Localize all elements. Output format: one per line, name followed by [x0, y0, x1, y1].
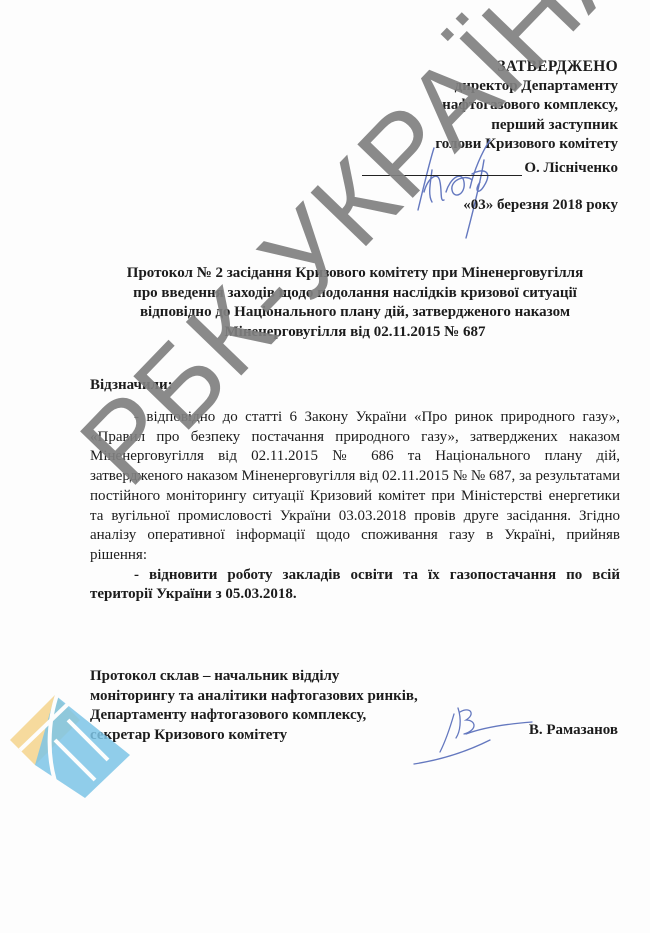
approval-line: директор Департаменту: [318, 77, 618, 97]
signature-line: [362, 157, 522, 176]
decision-paragraph: - відновити роботу закладів освіти та їх…: [90, 566, 620, 605]
noted-label: Відзначили:: [90, 377, 173, 394]
title-line: відповідно до Національного плану дій, з…: [90, 303, 620, 323]
title-line: Міненерговугілля від 02.11.2015 № 687: [90, 323, 620, 343]
signature-icon: [410, 700, 540, 770]
approver-name: О. Лісніченко: [524, 160, 618, 177]
approval-date: «03» березня 2018 року: [463, 197, 618, 214]
composer-name: В. Рамазанов: [529, 722, 618, 739]
composer-line: Протокол склав – начальник відділу: [90, 667, 490, 687]
title-line: Протокол № 2 засідання Кризового комітет…: [90, 264, 620, 284]
approval-line: нафтогазового комплексу,: [318, 96, 618, 116]
title-line: про введення заходів щодо подолання насл…: [90, 284, 620, 304]
body-paragraph: - відповідно до статті 6 Закону України …: [90, 408, 620, 566]
signature-icon: [410, 130, 520, 240]
document-body: - відповідно до статті 6 Закону України …: [90, 408, 620, 605]
document-page: ЗАТВЕРДЖЕНО директор Департаменту нафтог…: [0, 0, 650, 933]
approval-heading: ЗАТВЕРДЖЕНО: [318, 57, 618, 77]
document-title: Протокол № 2 засідання Кризового комітет…: [90, 264, 620, 342]
